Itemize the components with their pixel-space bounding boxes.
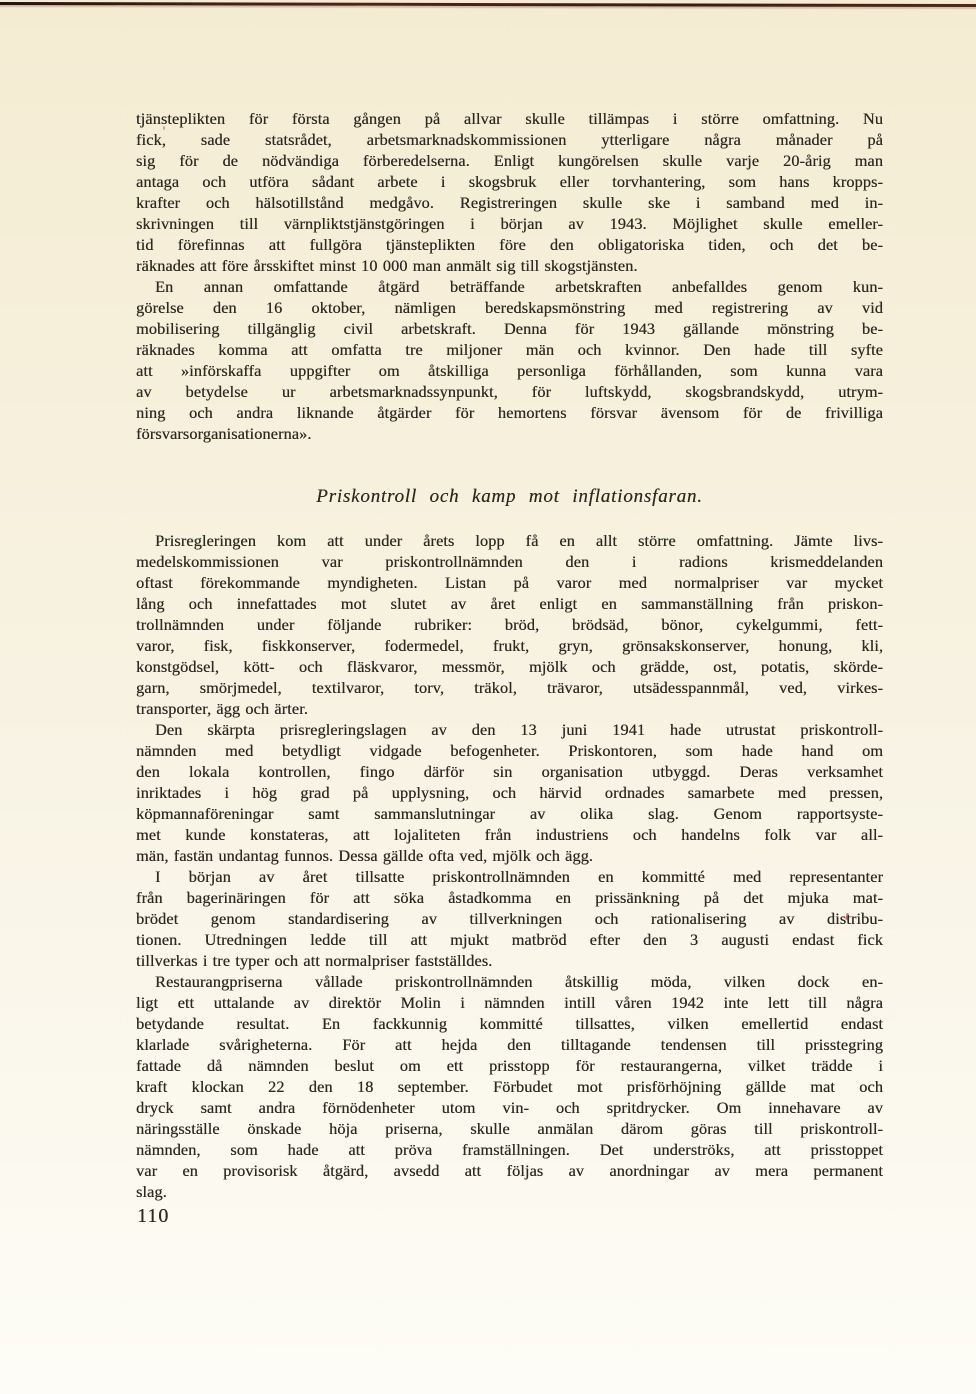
text-line: varor, fisk, fiskkonserver, fodermedel, … [136,635,883,656]
text-line: antaga och utföra sådant arbete i skogsb… [136,171,883,192]
text-line: nämnden, som hade att pröva framställnin… [136,1139,883,1160]
text-line: görelse den 16 oktober, nämligen beredsk… [136,297,883,318]
text-line: nämnden med betydligt vidgade befogenhet… [136,740,883,761]
paragraph: En annan omfattande åtgärd beträffande a… [136,276,883,444]
text-line: av betydelse ur arbetsmarknadssynpunkt, … [136,381,883,402]
text-line: tjänsteplikten för första gången på allv… [136,108,883,129]
text-line: näringsställe önskade höja priserna, sku… [136,1118,883,1139]
text-line: sig för de nödvändiga förberedelserna. E… [136,150,883,171]
text-column: tjänsteplikten för första gången på allv… [136,108,883,1202]
text-line: tillverkas i tre typer och att normalpri… [136,950,883,971]
text-line: kraft klockan 22 den 18 september. Förbu… [136,1076,883,1097]
text-line: konstgödsel, kött- och fläskvaror, messm… [136,656,883,677]
paragraph: Prisregleringen kom att under årets lopp… [136,530,883,719]
text-line: klarlade svårigheterna. För att hejda de… [136,1034,883,1055]
text-line: Restaurangpriserna vållade priskontrolln… [136,971,883,992]
text-line: köpmannaföreningar samt sammanslutningar… [136,803,883,824]
paragraph: tjänsteplikten för första gången på allv… [136,108,883,276]
paragraph: Restaurangpriserna vållade priskontrolln… [136,971,883,1202]
paragraph: I början av året tillsatte priskontrolln… [136,866,883,971]
text-line: fattade då nämnden beslut om ett prissto… [136,1055,883,1076]
text-line: ligt ett uttalande av direktör Molin i n… [136,992,883,1013]
text-line: medelskommissionen var priskontrollnämnd… [136,551,883,572]
text-line: räknades komma att omfatta tre miljoner … [136,339,883,360]
text-line: den lokala kontrollen, fingo därför sin … [136,761,883,782]
text-line: var en provisorisk åtgärd, avsedd att fö… [136,1160,883,1181]
text-line: betydande resultat. En fackkunnig kommit… [136,1013,883,1034]
page-number: 110 [137,1205,169,1228]
section-heading: Priskontroll och kamp mot inflationsfara… [136,485,883,509]
text-line: Prisregleringen kom att under årets lopp… [136,530,883,551]
text-line: inriktades i hög grad på upplysning, och… [136,782,883,803]
text-line: tionen. Utredningen ledde till att mjukt… [136,929,883,950]
text-line: garn, smörjmedel, textilvaror, torv, trä… [136,677,883,698]
text-line: slag. [136,1181,883,1202]
text-line: lång och innefattades mot slutet av året… [136,593,883,614]
text-line: trollnämnden under följande rubriker: br… [136,614,883,635]
text-line: Den skärpta prisregleringslagen av den 1… [136,719,883,740]
paper-speck [163,126,165,130]
text-line: transporter, ägg och ärter. [136,698,883,719]
text-line: försvarsorganisationerna». [136,423,883,444]
text-line: från bagerinäringen för att söka åstadko… [136,887,883,908]
text-line: dryck samt andra förnödenheter utom vin-… [136,1097,883,1118]
text-line: oftast förekommande myndigheten. Listan … [136,572,883,593]
text-line: ning och andra liknande åtgärder för hem… [136,402,883,423]
text-line: att »införskaffa uppgifter om åtskilliga… [136,360,883,381]
scan-edge-line [0,2,976,7]
text-line: mobilisering tillgänglig civil arbetskra… [136,318,883,339]
text-line: brödet genom standardisering av tillverk… [136,908,883,929]
text-line: räknades att före årsskiftet minst 10 00… [136,255,883,276]
text-line: fick, sade statsrådet, arbetsmarknadskom… [136,129,883,150]
text-line: tid förefinnas att fullgöra tjänsteplikt… [136,234,883,255]
text-line: I början av året tillsatte priskontrolln… [136,866,883,887]
text-line: skrivningen till värnpliktstjänstgöringe… [136,213,883,234]
text-line: män, fastän undantag funnos. Dessa gälld… [136,845,883,866]
paragraph: Den skärpta prisregleringslagen av den 1… [136,719,883,866]
book-page: tjänsteplikten för första gången på allv… [0,0,976,1394]
text-line: met kunde konstateras, att lojaliteten f… [136,824,883,845]
text-line: krafter och hälsotillstånd medgåvo. Regi… [136,192,883,213]
text-line: En annan omfattande åtgärd beträffande a… [136,276,883,297]
